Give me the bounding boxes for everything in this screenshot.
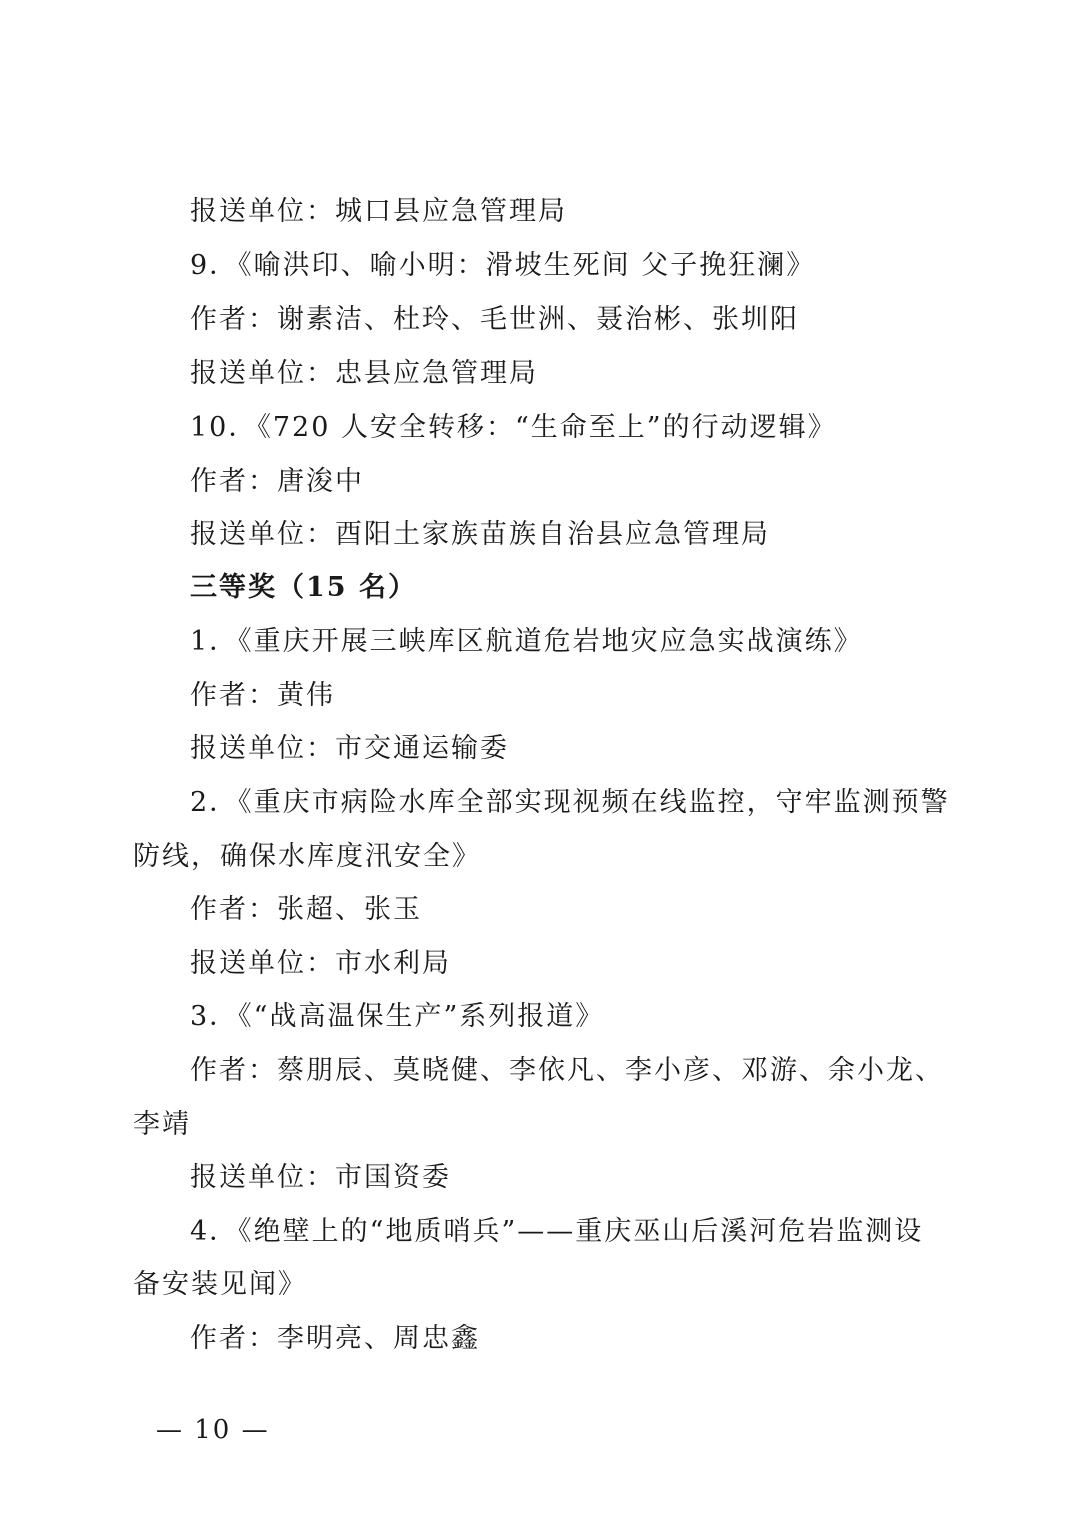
submitting-unit: 报送单位：市国资委 [190,1158,451,1198]
entry-title: 9．《喻洪印、喻小明：滑坡生死间 父子挽狂澜》 [190,246,815,286]
entry-title: 2．《重庆市病险水库全部实现视频在线监控，守牢监测预警 [190,783,950,823]
entry-authors: 作者：唐浚中 [190,462,364,502]
submitting-unit: 报送单位：市交通运输委 [190,729,509,769]
entry-title-continued: 防线，确保水库度汛安全》 [133,837,481,877]
entry-title: 10．《720 人安全转移：“生命至上”的行动逻辑》 [190,408,837,448]
entry-authors: 作者：谢素洁、杜玲、毛世洲、聂治彬、张圳阳 [190,300,799,340]
entry-authors: 作者：蔡朋辰、莫晓健、李依凡、李小彦、邓游、余小龙、 [190,1051,944,1091]
submitting-unit: 报送单位：忠县应急管理局 [190,354,538,394]
entry-authors: 作者：张超、张玉 [190,890,422,930]
entry-authors: 作者：黄伟 [190,676,335,716]
entry-authors-continued: 李靖 [133,1105,191,1145]
submitting-unit: 报送单位：市水利局 [190,944,451,984]
submitting-unit: 报送单位：城口县应急管理局 [190,192,567,232]
entry-title: 4．《绝壁上的“地质哨兵”——重庆巫山后溪河危岩监测设 [190,1212,923,1252]
submitting-unit: 报送单位：酉阳土家族苗族自治县应急管理局 [190,515,770,555]
entry-title: 3．《“战高温保生产”系列报道》 [190,997,604,1037]
section-heading-third-prize: 三等奖（15 名） [190,568,417,608]
entry-title-continued: 备安装见闻》 [133,1265,307,1305]
page-number: — 10 — [156,1412,270,1448]
entry-authors: 作者：李明亮、周忠鑫 [190,1319,480,1359]
entry-title: 1．《重庆开展三峡库区航道危岩地灾应急实战演练》 [190,622,863,662]
